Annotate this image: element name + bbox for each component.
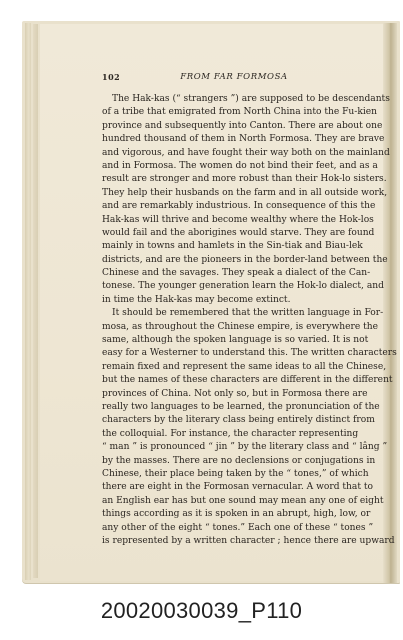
- text-line: province and subsequently into Canton. T…: [102, 120, 350, 133]
- text-line: result are stronger and more robust than…: [102, 173, 350, 186]
- text-line: and in Formosa. The women do not bind th…: [102, 160, 350, 173]
- text-line: hundred thousand of them in North Formos…: [102, 133, 350, 146]
- image-caption-id: 20020030039_P110: [0, 598, 403, 624]
- text-line: tonese. The younger generation learn the…: [102, 280, 350, 293]
- text-line: by the masses. There are no declensions …: [102, 455, 350, 468]
- text-line: and are remarkably industrious. In conse…: [102, 200, 350, 213]
- text-line: characters by the literary class being e…: [102, 414, 350, 427]
- text-line: really two languages to be learned, the …: [102, 401, 350, 414]
- page-header: 102 FROM FAR FORMOSA: [102, 72, 350, 86]
- text-line: Chinese, their place being taken by the …: [102, 468, 350, 481]
- text-line: Hak-kas will thrive and become wealthy w…: [102, 214, 350, 227]
- text-line: districts, and are the pioneers in the b…: [102, 254, 350, 267]
- text-line: there are eight in the Formosan vernacul…: [102, 481, 350, 494]
- page-edge: [25, 23, 31, 580]
- text-line: any other of the eight “ tones.” Each on…: [102, 522, 350, 535]
- text-line: It should be remembered that the written…: [102, 307, 350, 320]
- paragraph-2: It should be remembered that the written…: [102, 307, 350, 548]
- text-line: remain fixed and represent the same idea…: [102, 361, 350, 374]
- text-line: The Hak-kas (“ strangers ”) are supposed…: [102, 93, 350, 106]
- text-line: is represented by a written character ; …: [102, 535, 350, 548]
- text-line: mosa, as throughout the Chinese empire, …: [102, 321, 350, 334]
- text-line: things according as it is spoken in an a…: [102, 508, 350, 521]
- text-line: and vigorous, and have fought their way …: [102, 147, 350, 160]
- book-gutter-shadow: [383, 23, 397, 583]
- text-line: “ man ” is pronounced “ jin ” by the lit…: [102, 441, 350, 454]
- text-line: but the names of these characters are di…: [102, 374, 350, 387]
- paragraph-1: The Hak-kas (“ strangers ”) are supposed…: [102, 93, 350, 307]
- text-line: They help their husbands on the farm and…: [102, 187, 350, 200]
- text-line: of a tribe that emigrated from North Chi…: [102, 106, 350, 119]
- page-edge: [33, 24, 38, 578]
- text-line: easy for a Westerner to understand this.…: [102, 347, 350, 360]
- running-head: FROM FAR FORMOSA: [102, 72, 350, 82]
- text-line: provinces of China. Not only so, but in …: [102, 388, 350, 401]
- text-line: Chinese and the savages. They speak a di…: [102, 267, 350, 280]
- text-line: would fail and the aborigines would star…: [102, 227, 350, 240]
- text-line: an English ear has but one sound may mea…: [102, 495, 350, 508]
- text-line: in time the Hak-kas may become extinct.: [102, 294, 350, 307]
- text-line: the colloquial. For instance, the charac…: [102, 428, 350, 441]
- body-text: The Hak-kas (“ strangers ”) are supposed…: [102, 93, 350, 548]
- text-line: mainly in towns and hamlets in the Sin-t…: [102, 240, 350, 253]
- text-line: same, although the spoken language is so…: [102, 334, 350, 347]
